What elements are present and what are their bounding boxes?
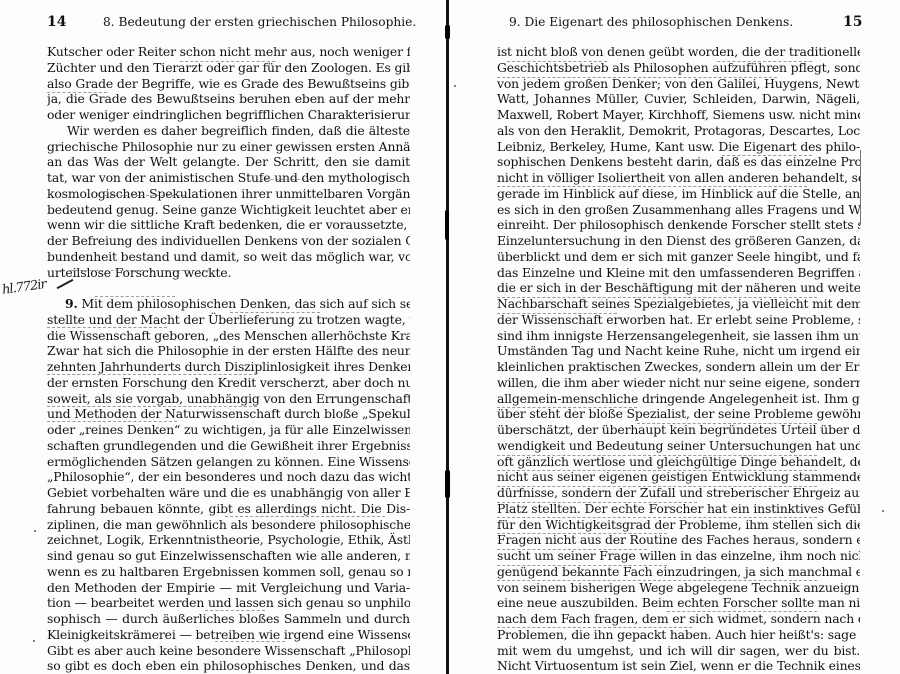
text-line: bedeutend genug. Seine ganze Wichtigkeit… — [47, 202, 410, 218]
pencil-underline — [105, 195, 185, 196]
paper-speck — [33, 640, 35, 642]
page-number-right: 15 — [843, 13, 862, 31]
pencil-underline — [717, 61, 812, 62]
pencil-underline — [180, 61, 275, 62]
pencil-underline — [497, 580, 817, 581]
text-line: ja, die Grade des Bewußtseins beruhen eb… — [47, 91, 410, 107]
gutter-shadow — [445, 470, 450, 498]
text-line: überblickt und dem er sich mit ganzer Se… — [497, 249, 860, 265]
text-line: Geschichtsbetrieb als Philosophen aufzuf… — [497, 60, 860, 76]
text-line: urteilslose Forschung weckte. — [47, 265, 410, 281]
text-line: sind ihm innigste Herzensangelegenheit, … — [497, 328, 860, 344]
pencil-underline — [497, 186, 807, 187]
text-line: sucht um seiner Frage willen in das einz… — [497, 548, 860, 564]
text-line: nicht in völliger Isoliertheit von allen… — [497, 170, 860, 186]
text-line: kosmologischen Spekulationen ihrer unmit… — [47, 186, 410, 202]
margin-handwritten-note: hl.772ir — [1, 277, 47, 298]
running-head-left: 8. Bedeutung der ersten griechischen Phi… — [103, 13, 416, 31]
text-line: Umständen Tag und Nacht keine Ruhe, nich… — [497, 343, 860, 359]
text-line: tion — bearbeitet werden und lassen sich… — [47, 595, 410, 611]
gutter-shadow — [445, 25, 450, 39]
pencil-underline — [47, 421, 177, 422]
margin-pencil-line — [860, 150, 861, 225]
text-line: Wir werden es daher begreiflich finden, … — [47, 123, 410, 139]
text-line: Gebiet vorbehalten wäre und die es unabh… — [47, 485, 410, 501]
pencil-underline — [497, 455, 817, 456]
pencil-underline — [667, 611, 817, 612]
pencil-underline — [95, 296, 175, 297]
text-line: und Methoden der Naturwissenschaft durch… — [47, 406, 410, 422]
text-line: sophischen Denkens besteht darin, daß es… — [497, 154, 860, 170]
text-line: von seinem bisherigen Wege abgelegene Te… — [497, 580, 860, 596]
text-line: wendigkeit und Bedeutung seiner Untersuc… — [497, 438, 860, 454]
text-line: nicht aus seiner eigenen geistigen Entwi… — [497, 469, 860, 485]
text-line: ziplinen, die man gewöhnlich als besonde… — [47, 517, 410, 533]
pencil-underline — [205, 610, 265, 611]
paragraph-gap — [47, 280, 410, 296]
text-line: so gibt es doch eben ein philosophisches… — [47, 658, 410, 674]
text-line: gerade im Hinblick auf diese, im Hinblic… — [497, 186, 860, 202]
text-line: Nicht Virtuosentum ist sein Ziel, wenn e… — [497, 658, 860, 674]
text-line: wenn es zu haltbaren Ergebnissen kommen … — [47, 564, 410, 580]
gutter-shadow — [445, 210, 449, 240]
pencil-underline — [722, 155, 812, 156]
text-line: ist nicht bloß von denen geübt worden, d… — [497, 44, 860, 60]
text-line: Mit dem philosophischen Denken, das sich… — [81, 296, 410, 311]
text-line: die er sich in der Beschäftigung mit der… — [497, 280, 860, 296]
text-line: der Befreiung des individuellen Denkens … — [47, 233, 410, 249]
text-line: über steht der bloße Spezialist, der sei… — [497, 406, 860, 422]
text-line: willen, die ihm aber wieder nicht nur se… — [497, 375, 860, 391]
text-line: Leibniz, Berkeley, Hume, Kant usw. Die E… — [497, 139, 860, 155]
text-line: für den Wichtigkeitsgrad der Probleme, i… — [497, 517, 860, 533]
pencil-underline — [260, 179, 310, 180]
text-line: Fragen nicht aus der Routine des Faches … — [497, 532, 860, 548]
text-line: mit wem du umgehst, und ich will dir sag… — [497, 643, 860, 659]
pencil-underline — [497, 486, 817, 487]
pencil-underline — [497, 297, 817, 298]
text-line: oder weniger eindringlichen begriffliche… — [47, 107, 410, 123]
text-line: Züchter und den Tierarzt oder gar für de… — [47, 60, 410, 76]
pencil-underline — [637, 423, 817, 424]
pencil-underline — [497, 502, 697, 503]
text-line: Platz stellten. Der echte Forscher hat e… — [497, 501, 860, 517]
text-line: sophisch — durch äußerliches bloßes Samm… — [47, 611, 410, 627]
text-line: tat, war von der animistischen Stufe und… — [47, 170, 410, 186]
text-line: als von den Heraklit, Demokrit, Protagor… — [497, 123, 860, 139]
text-line: zehnten Jahrhunderts durch Disziplinlosi… — [47, 359, 410, 375]
left-page-body: Kutscher oder Reiter schon nicht mehr au… — [47, 44, 410, 674]
text-line: bundenheit bestand und damit, so weit da… — [47, 249, 410, 265]
pencil-underline — [225, 516, 385, 517]
section-number: 9. — [65, 296, 78, 311]
text-line: es sich in den großen Zusammenhang alles… — [497, 202, 860, 218]
book-gutter — [446, 0, 449, 674]
text-line: stellte und der Macht der Überlieferung … — [47, 312, 410, 328]
left-page: 14 8. Bedeutung der ersten griechischen … — [0, 0, 448, 674]
text-line: schaften grundlegenden und die Gewißheit… — [47, 438, 410, 454]
text-line: kleinlichen praktischen Zweckes, sondern… — [497, 359, 860, 375]
paper-speck — [882, 510, 884, 512]
text-line: ermöglichenden Sätzen gelangen zu können… — [47, 454, 410, 470]
text-line: Gibt es aber auch keine besondere Wissen… — [47, 643, 410, 659]
text-line: an das Was der Welt gelangte. Der Schrit… — [47, 154, 410, 170]
book-spread: 14 8. Bedeutung der ersten griechischen … — [0, 0, 900, 674]
text-line: überschätzt, der überhaupt kein begründe… — [497, 422, 860, 438]
paper-speck — [454, 85, 456, 87]
page-number-left: 14 — [47, 13, 66, 31]
pencil-underline — [497, 77, 777, 78]
pencil-underline — [497, 313, 617, 314]
text-line: das Einzelne und Kleine mit den umfassen… — [497, 265, 860, 281]
pencil-underline — [47, 406, 257, 407]
pencil-underline — [497, 565, 667, 566]
text-line: Problemen, die ihn gepackt haben. Auch h… — [497, 627, 860, 643]
text-line: also Grade der Begriffe, wie es Grade de… — [47, 76, 410, 92]
text-line: genügend bekannte Fach einzudringen, ja … — [497, 564, 860, 580]
text-line: zeichnet, Logik, Erkenntnistheorie, Psyc… — [47, 532, 410, 548]
text-line: der Wissenschaft erworben hat. Er erlebt… — [497, 312, 860, 328]
pencil-underline — [507, 61, 607, 62]
text-line: Watt, Johannes Müller, Cuvier, Schleiden… — [497, 91, 860, 107]
text-line: soweit, als sie vorgab, unabhängig von d… — [47, 391, 410, 407]
text-line: Nachbarschaft seines Spezialgebietes, ja… — [497, 296, 860, 312]
pencil-underline — [497, 470, 817, 471]
running-head-right: 9. Die Eigenart des philosophischen Denk… — [509, 13, 793, 31]
text-line: wenn wir die sittliche Kraft bedenken, d… — [47, 217, 410, 233]
pencil-underline — [497, 549, 647, 550]
text-line: fahrung bebauen könnte, gibt es allerdin… — [47, 501, 410, 517]
text-line: der ernsten Forschung den Kredit versche… — [47, 375, 410, 391]
pencil-underline — [47, 92, 107, 93]
text-line: allgemein-menschliche dringende Angelege… — [497, 391, 860, 407]
text-line: Einzeluntersuchung in den Dienst des grö… — [497, 233, 860, 249]
text-line: einreiht. Der philosophisch denkende For… — [497, 217, 860, 233]
text-line: sind genau so gut Einzelwissenschaften w… — [47, 548, 410, 564]
pencil-underline — [230, 312, 320, 313]
pencil-underline — [497, 407, 637, 408]
pencil-underline — [497, 627, 692, 628]
text-line: oder „reines Denken“ zu wichtigen, ja fü… — [47, 422, 410, 438]
paper-speck — [34, 530, 36, 532]
text-line: Maxwell, Robert Mayer, Kirchhoff, Siemen… — [497, 107, 860, 123]
text-line: den Methoden der Empirie — mit Vergleich… — [47, 580, 410, 596]
pencil-underline — [215, 641, 285, 642]
pencil-underline — [497, 533, 667, 534]
text-line: Zwar hat sich die Philosophie in der ers… — [47, 343, 410, 359]
text-line: dürfnisse, sondern der Zufall und strebe… — [497, 485, 860, 501]
pencil-underline — [70, 270, 210, 271]
text-line: eine neue auszubilden. Beim echten Forsc… — [497, 595, 860, 611]
pencil-underline — [497, 517, 817, 518]
pencil-underline — [47, 374, 257, 375]
text-line: griechische Philosophie nur zu einer gew… — [47, 139, 410, 155]
text-line: Kutscher oder Reiter schon nicht mehr au… — [47, 44, 410, 60]
section-9-first-line: 9. Mit dem philosophischen Denken, das s… — [47, 296, 410, 312]
text-line: nach dem Fach fragen, dem er sich widmet… — [497, 611, 860, 627]
pencil-underline — [47, 327, 167, 328]
text-line: „Philosophie“, der ein besonderes und no… — [47, 469, 410, 485]
text-line: die Wissenschaft geboren, „des Menschen … — [47, 328, 410, 344]
right-page: 9. Die Eigenart des philosophischen Denk… — [452, 0, 900, 674]
